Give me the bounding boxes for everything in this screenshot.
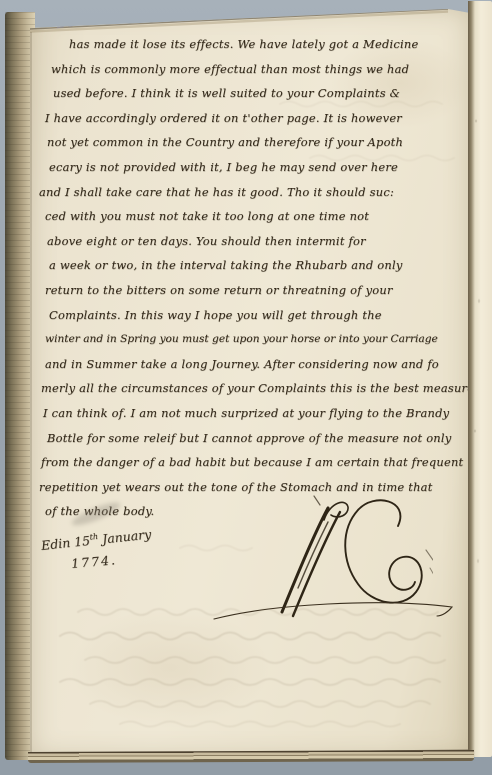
manuscript-line: which is commonly more effectual than mo… [51, 57, 461, 82]
manuscript-line: has made it lose its effects. We have la… [69, 32, 461, 57]
manuscript-page: 28 has made it lose its effects. We have… [30, 8, 470, 758]
manuscript-line: return to the bitters on some return or … [45, 278, 461, 303]
manuscript-line: used before. I think it is well suited t… [53, 81, 461, 106]
paper-stain [70, 608, 270, 728]
next-page-edge [468, 1, 492, 757]
manuscript-line: Complaints. In this way I hope you will … [49, 303, 461, 328]
dateline-place: Edin [40, 535, 71, 553]
manuscript-line: not yet common in the Country and theref… [47, 130, 461, 155]
signature-flourish [210, 596, 460, 624]
manuscript-line: ced with you must not take it too long a… [45, 204, 461, 229]
manuscript-line: Bottle for some releif but I cannot appr… [47, 426, 461, 451]
manuscript-line: from the danger of a bad habit but becau… [41, 450, 461, 475]
manuscript-line: ecary is not provided with it, I beg he … [49, 155, 461, 180]
manuscript-line: and I shall take care that he has it goo… [39, 180, 461, 205]
photograph-background: 28 has made it lose its effects. We have… [0, 0, 492, 775]
dateline-day-suffix: th [89, 532, 98, 542]
manuscript-line: above eight or ten days. You should then… [47, 229, 461, 254]
dateline-year: 1774. [71, 549, 154, 571]
letter-body: has made it lose its effects. We have la… [43, 32, 461, 524]
folio-number: 28 [55, 12, 78, 32]
page-stack-edge [28, 750, 474, 763]
manuscript-line: a week or two, in the interval taking th… [49, 253, 461, 278]
manuscript-line: I can think of. I am not much surprized … [43, 401, 461, 426]
dateline-day: 15 [73, 533, 90, 550]
manuscript-line: I have accordingly ordered it on t'other… [45, 106, 461, 131]
dateline-month: January [101, 526, 151, 546]
manuscript-line: winter and in Spring you must get upon y… [45, 327, 461, 352]
dateline: Edin 15th January 1774. [40, 526, 154, 575]
manuscript-line: and in Summer take a long Journey. After… [45, 352, 461, 377]
manuscript-line: merly all the circumstances of your Comp… [41, 376, 461, 401]
